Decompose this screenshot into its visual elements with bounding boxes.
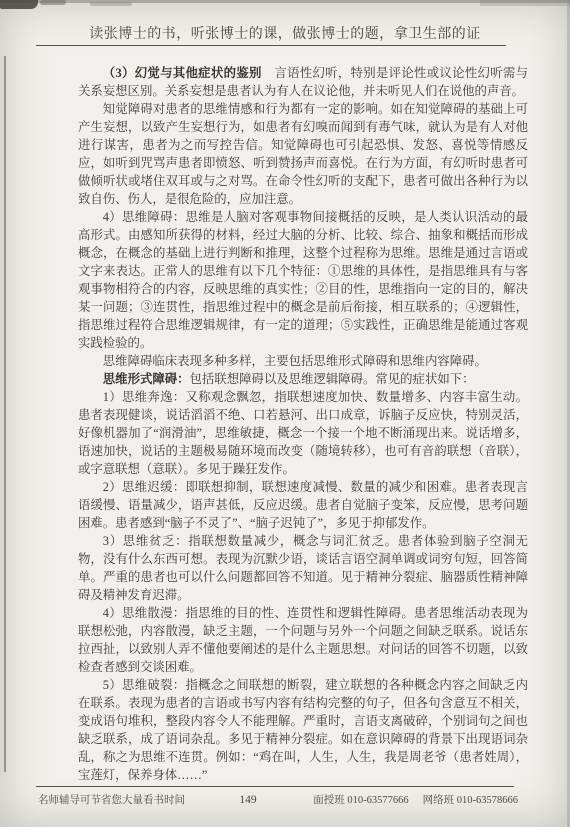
- paragraph: 5）思维破裂：指概念之间联想的断裂，建立联想的各种概念内容之间缺乏内在联系。表现…: [78, 676, 528, 784]
- scan-top-right-smudge: [480, 0, 570, 6]
- paragraph-text: 2）思维迟缓：即联想抑制，联想速度减慢、数量的减少和困难。患者表现言语缓慢、语量…: [78, 480, 528, 530]
- body-text: （3）幻觉与其他症状的鉴别 言语性幻听，特别是评论性或议论性幻听需与关系妄想区别…: [78, 64, 528, 786]
- scan-ink-blob: [0, 0, 38, 9]
- scan-left-edge-line: [4, 56, 6, 772]
- paragraph: 思维障碍临床表现多种多样，主要包括思维形式障碍和思维内容障碍。: [78, 352, 528, 370]
- paragraph-text: 包括联想障碍以及思维逻辑障碍。常见的症状如下：: [190, 372, 475, 386]
- paragraph: 知觉障碍对患者的思维情感和行为都有一定的影响。如在知觉障碍的基础上可产生妄想，以…: [78, 100, 528, 208]
- footer-contacts: 面授班 010-63577666 网络班 010-63578666: [288, 792, 518, 807]
- paragraph: （3）幻觉与其他症状的鉴别 言语性幻听，特别是评论性或议论性幻听需与关系妄想区别…: [78, 64, 528, 100]
- header-rule: [36, 45, 506, 46]
- paragraph-lead: （3）幻觉与其他症状的鉴别: [103, 66, 262, 80]
- footer-note: 名师辅导可节省您大量看书时间: [38, 792, 208, 807]
- paragraph: 思维形式障碍：包括联想障碍以及思维逻辑障碍。常见的症状如下：: [78, 370, 528, 388]
- paragraph-text: 4）思维散漫：指思维的目的性、连贯性和逻辑性障碍。患者思维活动表现为联想松弛，内…: [78, 606, 528, 674]
- paragraph-text: 知觉障碍对患者的思维情感和行为都有一定的影响。如在知觉障碍的基础上可产生妄想，以…: [78, 102, 528, 206]
- paragraph: 2）思维迟缓：即联想抑制，联想速度减慢、数量的减少和困难。患者表现言语缓慢、语量…: [78, 478, 528, 532]
- paragraph: 4）思维障碍：思维是人脑对客观事物间接概括的反映，是人类认识活动的最高形式。由感…: [78, 208, 528, 352]
- paragraph: 3）思维贫乏：指联想数量减少，概念与词汇贫乏。患者体验到脑子空洞无物，没有什么东…: [78, 532, 528, 604]
- header-slogan: 读张博士的书，听张博士的课，做张博士的题，拿卫生部的证: [0, 23, 570, 43]
- page-number: 149: [208, 794, 288, 806]
- paragraph-lead: 思维形式障碍：: [103, 372, 190, 386]
- contact-online-class: 网络班 010-63578666: [423, 792, 518, 807]
- contact-onsite-class: 面授班 010-63577666: [313, 792, 408, 807]
- footer-rule: [36, 786, 514, 787]
- paragraph-text: 思维障碍临床表现多种多样，主要包括思维形式障碍和思维内容障碍。: [103, 354, 487, 368]
- scan-ink-blob-small: [40, 0, 66, 5]
- paragraph: 1）思维奔逸：又称观念飘忽，指联想速度加快、数量增多、内容丰富生动。患者表现健谈…: [78, 388, 528, 478]
- paragraph-text: 4）思维障碍：思维是人脑对客观事物间接概括的反映，是人类认识活动的最高形式。由感…: [78, 210, 528, 350]
- footer: 名师辅导可节省您大量看书时间 149 面授班 010-63577666 网络班 …: [38, 792, 518, 807]
- scan-top-smudge-2: [90, 2, 132, 6]
- paragraph-text: 3）思维贫乏：指联想数量减少，概念与词汇贫乏。患者体验到脑子空洞无物，没有什么东…: [78, 534, 528, 602]
- paragraph-text: 5）思维破裂：指概念之间联想的断裂，建立联想的各种概念内容之间缺乏内在联系。表现…: [78, 678, 528, 782]
- scanned-book-page: 读张博士的书，听张博士的课，做张博士的题，拿卫生部的证 （3）幻觉与其他症状的鉴…: [0, 0, 570, 827]
- paragraph: 4）思维散漫：指思维的目的性、连贯性和逻辑性障碍。患者思维活动表现为联想松弛，内…: [78, 604, 528, 676]
- paragraph-text: 1）思维奔逸：又称观念飘忽，指联想速度加快、数量增多、内容丰富生动。患者表现健谈…: [78, 390, 528, 476]
